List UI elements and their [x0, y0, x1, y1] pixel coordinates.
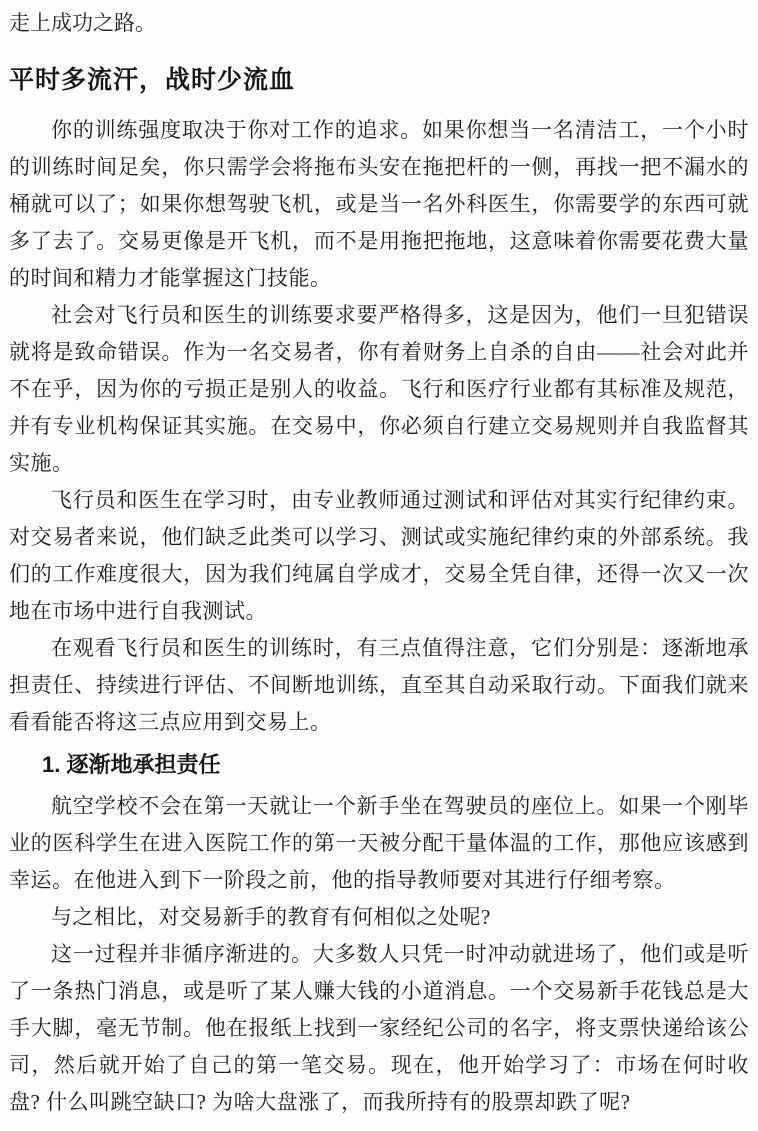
subsection-paragraph-3: 这一过程并非循序渐进的。大多数人只凭一时冲动就进场了，他们或是听了一条热门消息，…: [9, 936, 749, 1121]
body-paragraph-3: 飞行员和医生在学习时，由专业教师通过测试和评估对其实行纪律约束。对交易者来说，他…: [9, 482, 749, 630]
body-paragraph-4: 在观看飞行员和医生的训练时，有三点值得注意，它们分别是：逐渐地承担责任、持续进行…: [9, 630, 749, 741]
section-heading: 平时多流汗，战时少流血: [9, 64, 749, 96]
subsection-paragraph-1: 航空学校不会在第一天就让一个新手坐在驾驶员的座位上。如果一个刚毕业的医科学生在进…: [9, 788, 749, 899]
subsection-paragraph-2: 与之相比，对交易新手的教育有何相似之处呢?: [9, 899, 749, 936]
book-page: 走上成功之路。 平时多流汗，战时少流血 你的训练强度取决于你对工作的追求。如果你…: [0, 0, 758, 1131]
body-paragraph-2: 社会对飞行员和医生的训练要求要严格得多，这是因为，他们一旦犯错误就将是致命错误。…: [9, 297, 749, 482]
subsection-heading: 1. 逐渐地承担责任: [9, 750, 749, 780]
continuation-paragraph: 走上成功之路。: [9, 8, 749, 38]
body-paragraph-1: 你的训练强度取决于你对工作的追求。如果你想当一名清洁工，一个小时的训练时间足矣，…: [9, 112, 749, 297]
